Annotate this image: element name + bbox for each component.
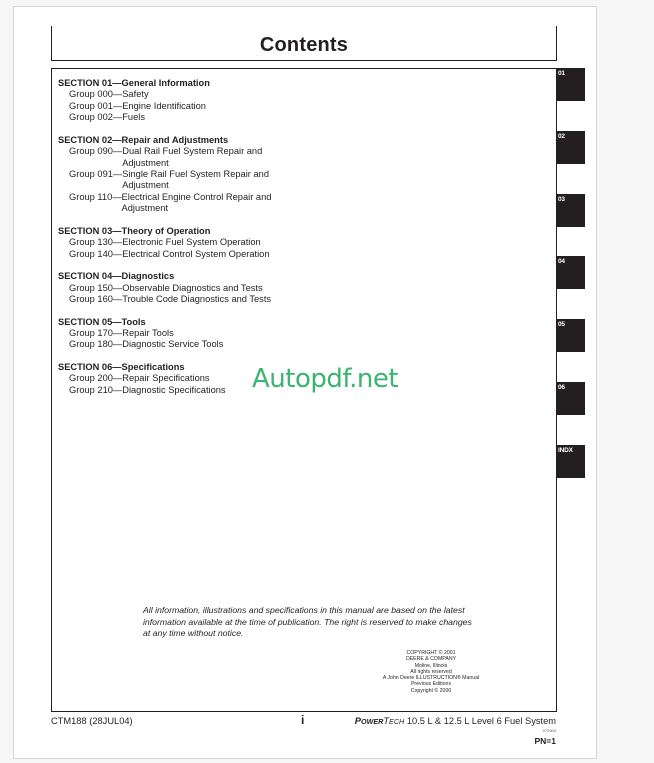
group-number: Group 130— [69, 237, 122, 248]
toc-group-entry[interactable]: Group 160—Trouble Code Diagnostics and T… [58, 294, 282, 305]
group-title: Single Rail Fuel System Repair and Adjus… [122, 169, 282, 192]
group-number: Group 091— [69, 169, 122, 192]
section-tab[interactable]: 04 [556, 256, 585, 289]
section-heading[interactable]: SECTION 06—Specifications [58, 362, 282, 373]
title-frame: Contents [51, 26, 557, 61]
product-title: POWERTECH 10.5 L & 12.5 L Level 6 Fuel S… [355, 716, 556, 726]
table-of-contents: SECTION 01—General InformationGroup 000—… [58, 78, 282, 407]
group-number: Group 170— [69, 328, 122, 339]
group-number: Group 210— [69, 385, 122, 396]
section-heading[interactable]: SECTION 01—General Information [58, 78, 282, 89]
section-tab[interactable]: 05 [556, 319, 585, 352]
section-tab[interactable]: 03 [556, 194, 585, 227]
group-number: Group 002— [69, 112, 122, 123]
product-name: 10.5 L & 12.5 L Level 6 Fuel System [404, 716, 556, 726]
brand-logo: POWERTECH [355, 716, 404, 726]
section-heading[interactable]: SECTION 05—Tools [58, 317, 282, 328]
section-heading[interactable]: SECTION 02—Repair and Adjustments [58, 135, 282, 146]
group-title: Electrical Engine Control Repair and Adj… [122, 192, 282, 215]
section-tab[interactable]: 02 [556, 131, 585, 164]
toc-group-entry[interactable]: Group 091—Single Rail Fuel System Repair… [58, 169, 282, 192]
toc-group-entry[interactable]: Group 090—Dual Rail Fuel System Repair a… [58, 146, 282, 169]
section-heading[interactable]: SECTION 03—Theory of Operation [58, 226, 282, 237]
section-tab[interactable]: 06 [556, 382, 585, 415]
group-title: Diagnostic Service Tools [122, 339, 282, 350]
toc-group-entry[interactable]: Group 002—Fuels [58, 112, 282, 123]
group-number: Group 150— [69, 283, 122, 294]
toc-group-entry[interactable]: Group 180—Diagnostic Service Tools [58, 339, 282, 350]
group-title: Electronic Fuel System Operation [122, 237, 282, 248]
copyright-block: COPYRIGHT © 2001DEERE & COMPANYMoline, I… [370, 650, 492, 694]
group-number: Group 180— [69, 339, 122, 350]
group-title: Fuels [122, 112, 282, 123]
toc-group-entry[interactable]: Group 170—Repair Tools [58, 328, 282, 339]
group-number: Group 200— [69, 373, 122, 384]
group-title: Observable Diagnostics and Tests [122, 283, 282, 294]
watermark: Autopdf.net [252, 364, 398, 394]
group-title: Repair Tools [122, 328, 282, 339]
group-number: Group 001— [69, 101, 122, 112]
group-title: Dual Rail Fuel System Repair and Adjustm… [122, 146, 282, 169]
toc-group-entry[interactable]: Group 130—Electronic Fuel System Operati… [58, 237, 282, 248]
group-title: Electrical Control System Operation [122, 249, 282, 260]
group-number: Group 110— [69, 192, 122, 215]
group-number: Group 140— [69, 249, 122, 260]
group-title: Trouble Code Diagnostics and Tests [122, 294, 282, 305]
manual-id: CTM188 (28JUL04) [51, 716, 133, 726]
toc-section: SECTION 03—Theory of OperationGroup 130—… [58, 226, 282, 260]
page-number: PN=1 [535, 736, 557, 746]
group-title: Engine Identification [122, 101, 282, 112]
toc-group-entry[interactable]: Group 200—Repair Specifications [58, 373, 282, 384]
copyright-line: Copyright © 2000 [370, 688, 492, 694]
page-roman-numeral: i [301, 713, 304, 727]
date-code: 072904 [543, 728, 556, 733]
disclaimer-text: All information, illustrations and speci… [143, 605, 473, 640]
section-heading[interactable]: SECTION 04—Diagnostics [58, 271, 282, 282]
page-title: Contents [52, 34, 556, 57]
toc-group-entry[interactable]: Group 001—Engine Identification [58, 101, 282, 112]
toc-section: SECTION 05—ToolsGroup 170—Repair ToolsGr… [58, 317, 282, 351]
toc-section: SECTION 02—Repair and AdjustmentsGroup 0… [58, 135, 282, 215]
toc-section: SECTION 01—General InformationGroup 000—… [58, 78, 282, 124]
toc-section: SECTION 04—DiagnosticsGroup 150—Observab… [58, 271, 282, 305]
toc-section: SECTION 06—SpecificationsGroup 200—Repai… [58, 362, 282, 396]
group-number: Group 090— [69, 146, 122, 169]
toc-group-entry[interactable]: Group 150—Observable Diagnostics and Tes… [58, 283, 282, 294]
toc-group-entry[interactable]: Group 000—Safety [58, 89, 282, 100]
group-number: Group 000— [69, 89, 122, 100]
toc-group-entry[interactable]: Group 210—Diagnostic Specifications [58, 385, 282, 396]
toc-group-entry[interactable]: Group 110—Electrical Engine Control Repa… [58, 192, 282, 215]
section-tab[interactable]: INDX [556, 445, 585, 478]
group-number: Group 160— [69, 294, 122, 305]
section-tab[interactable]: 01 [556, 68, 585, 101]
group-title: Safety [122, 89, 282, 100]
toc-group-entry[interactable]: Group 140—Electrical Control System Oper… [58, 249, 282, 260]
